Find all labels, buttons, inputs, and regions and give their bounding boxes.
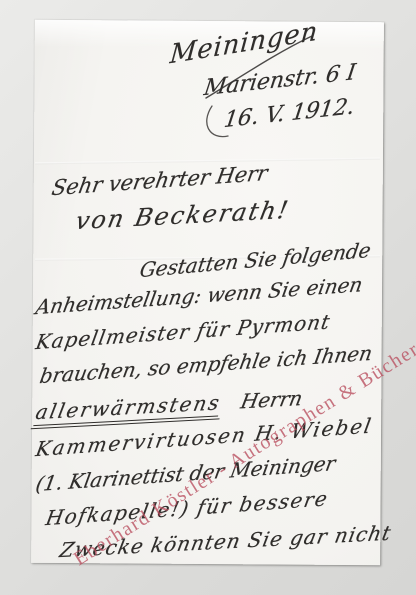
body-line-5-rest: Herrn (239, 386, 305, 413)
letter-scan: Meiningen Marienstr. 6 I 16. V. 1912. Se… (0, 0, 416, 595)
